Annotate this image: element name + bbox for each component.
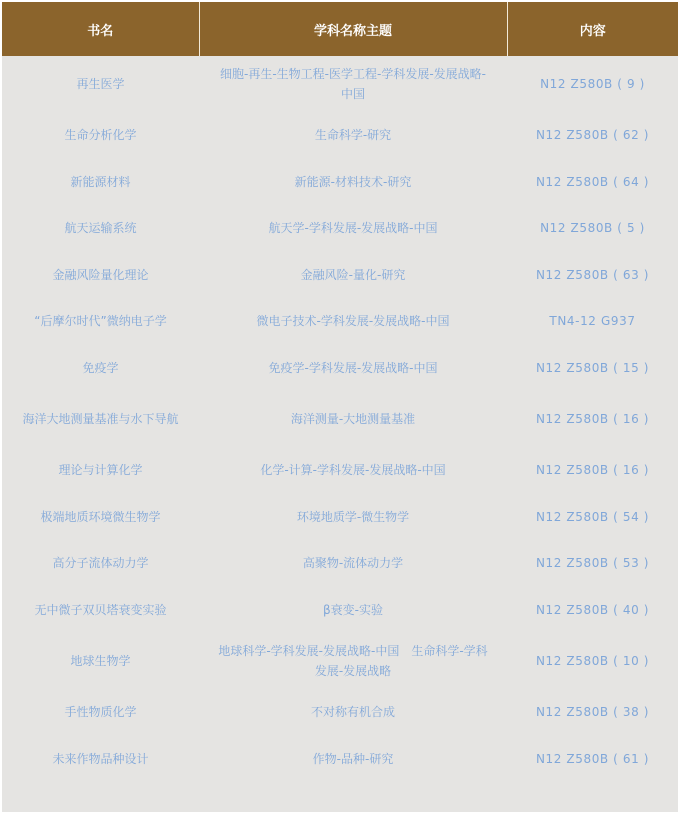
- table-row: 金融风险量化理论 金融风险-量化-研究 N12 Z580B ( 63 ): [2, 252, 678, 299]
- book-title-cell: 航天运输系统: [2, 205, 199, 252]
- header-row: 书名 学科名称主题 内容: [2, 2, 678, 56]
- book-title-cell: 生命分析化学: [2, 112, 199, 159]
- subject-cell: 金融风险-量化-研究: [199, 252, 507, 299]
- call-number-cell: N12 Z580B ( 40 ): [507, 587, 678, 634]
- book-title-cell: 手性物质化学: [2, 689, 199, 736]
- table-row: 无中微子双贝塔衰变实验 β衰变-实验 N12 Z580B ( 40 ): [2, 587, 678, 634]
- subject-cell: 免疫学-学科发展-发展战略-中国: [199, 345, 507, 392]
- book-title-cell: 海洋大地测量基准与水下导航: [2, 391, 199, 447]
- subject-cell: 微电子技术-学科发展-发展战略-中国: [199, 298, 507, 345]
- header-subject-theme: 学科名称主题: [199, 2, 507, 56]
- table-row: 理论与计算化学 化学-计算-学科发展-发展战略-中国 N12 Z580B ( 1…: [2, 447, 678, 494]
- book-title-cell: 新能源材料: [2, 159, 199, 206]
- table-row: 航天运输系统 航天学-学科发展-发展战略-中国 N12 Z580B ( 5 ): [2, 205, 678, 252]
- header-book-title: 书名: [2, 2, 199, 56]
- subject-cell: 作物-品种-研究: [199, 736, 507, 783]
- subject-cell: 不对称有机合成: [199, 689, 507, 736]
- book-title-cell: 理论与计算化学: [2, 447, 199, 494]
- call-number-cell: N12 Z580B ( 15 ): [507, 345, 678, 392]
- table-row: 免疫学 免疫学-学科发展-发展战略-中国 N12 Z580B ( 15 ): [2, 345, 678, 392]
- table-row: 极端地质环境微生物学 环境地质学-微生物学 N12 Z580B ( 54 ): [2, 494, 678, 541]
- book-title-cell: 金融风险量化理论: [2, 252, 199, 299]
- subject-cell: β衰变-实验: [199, 587, 507, 634]
- table-body: 再生医学 细胞-再生-生物工程-医学工程-学科发展-发展战略-中国 N12 Z5…: [2, 56, 678, 782]
- table-row: 生命分析化学 生命科学-研究 N12 Z580B ( 62 ): [2, 112, 678, 159]
- table-row: 未来作物品种设计 作物-品种-研究 N12 Z580B ( 61 ): [2, 736, 678, 783]
- call-number-cell: N12 Z580B ( 64 ): [507, 159, 678, 206]
- call-number-cell: N12 Z580B ( 63 ): [507, 252, 678, 299]
- table-row: 高分子流体动力学 高聚物-流体动力学 N12 Z580B ( 53 ): [2, 540, 678, 587]
- book-title-cell: 免疫学: [2, 345, 199, 392]
- book-table: 书名 学科名称主题 内容 再生医学 细胞-再生-生物工程-医学工程-学科发展-发…: [2, 2, 678, 812]
- book-title-cell: 高分子流体动力学: [2, 540, 199, 587]
- call-number-cell: N12 Z580B ( 61 ): [507, 736, 678, 783]
- subject-cell: 航天学-学科发展-发展战略-中国: [199, 205, 507, 252]
- subject-cell: 海洋测量-大地测量基准: [199, 391, 507, 447]
- book-title-cell: 无中微子双贝塔衰变实验: [2, 587, 199, 634]
- book-title-cell: “后摩尔时代”微纳电子学: [2, 298, 199, 345]
- call-number-cell: N12 Z580B ( 38 ): [507, 689, 678, 736]
- call-number-cell: N12 Z580B ( 16 ): [507, 447, 678, 494]
- call-number-cell: N12 Z580B ( 54 ): [507, 494, 678, 541]
- subject-cell: 细胞-再生-生物工程-医学工程-学科发展-发展战略-中国: [199, 56, 507, 112]
- subject-cell: 地球科学-学科发展-发展战略-中国 生命科学-学科发展-发展战略: [199, 633, 507, 689]
- call-number-cell: N12 Z580B ( 16 ): [507, 391, 678, 447]
- book-title-cell: 未来作物品种设计: [2, 736, 199, 783]
- table-row: 再生医学 细胞-再生-生物工程-医学工程-学科发展-发展战略-中国 N12 Z5…: [2, 56, 678, 112]
- subject-cell: 高聚物-流体动力学: [199, 540, 507, 587]
- table-row: 新能源材料 新能源-材料技术-研究 N12 Z580B ( 64 ): [2, 159, 678, 206]
- subject-cell: 环境地质学-微生物学: [199, 494, 507, 541]
- book-title-cell: 再生医学: [2, 56, 199, 112]
- call-number-cell: N12 Z580B ( 9 ): [507, 56, 678, 112]
- table-header: 书名 学科名称主题 内容: [2, 2, 678, 56]
- table-row: 地球生物学 地球科学-学科发展-发展战略-中国 生命科学-学科发展-发展战略 N…: [2, 633, 678, 689]
- subject-cell: 生命科学-研究: [199, 112, 507, 159]
- header-content-code: 内容: [507, 2, 678, 56]
- table-row: 海洋大地测量基准与水下导航 海洋测量-大地测量基准 N12 Z580B ( 16…: [2, 391, 678, 447]
- call-number-cell: N12 Z580B ( 5 ): [507, 205, 678, 252]
- subject-cell: 化学-计算-学科发展-发展战略-中国: [199, 447, 507, 494]
- call-number-cell: N12 Z580B ( 10 ): [507, 633, 678, 689]
- call-number-cell: TN4-12 G937: [507, 298, 678, 345]
- call-number-cell: N12 Z580B ( 53 ): [507, 540, 678, 587]
- call-number-cell: N12 Z580B ( 62 ): [507, 112, 678, 159]
- book-subject-table: 书名 学科名称主题 内容 再生医学 细胞-再生-生物工程-医学工程-学科发展-发…: [2, 2, 678, 782]
- subject-cell: 新能源-材料技术-研究: [199, 159, 507, 206]
- book-title-cell: 地球生物学: [2, 633, 199, 689]
- table-row: “后摩尔时代”微纳电子学 微电子技术-学科发展-发展战略-中国 TN4-12 G…: [2, 298, 678, 345]
- table-row: 手性物质化学 不对称有机合成 N12 Z580B ( 38 ): [2, 689, 678, 736]
- book-title-cell: 极端地质环境微生物学: [2, 494, 199, 541]
